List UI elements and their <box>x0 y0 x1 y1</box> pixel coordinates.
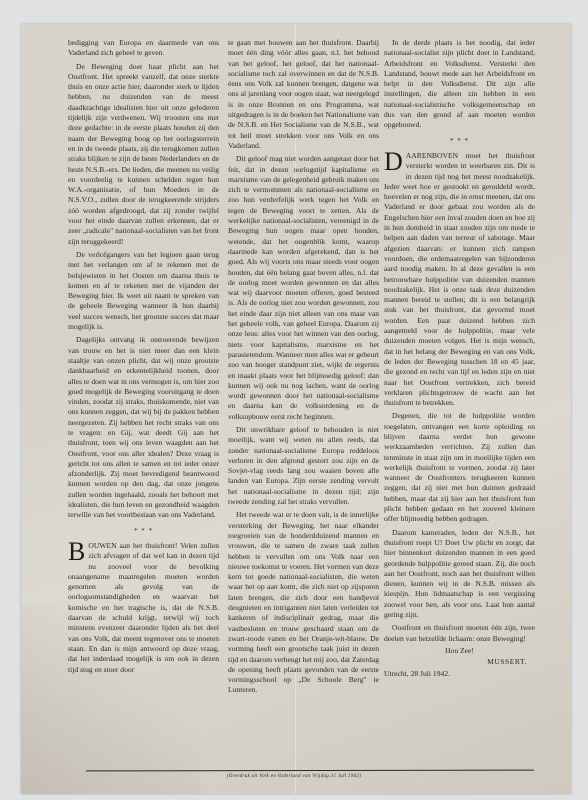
drop-cap: B <box>68 542 85 562</box>
text-column-1: bedigging van Europa en daarmede van ons… <box>68 38 219 675</box>
paragraph: Dit onwrikbare geloof te behouden is nie… <box>228 425 379 507</box>
section-lead: OUWEN aan het thuisfront! <box>88 541 177 550</box>
paragraph: De verlofgangers van het legioen gaan te… <box>68 250 219 332</box>
section-separator: * * * <box>384 136 535 146</box>
section-separator: * * * <box>68 526 219 536</box>
paragraph: Daarom kameraden, leden der N.S.B., het … <box>384 528 535 621</box>
section-body: weerbaren zin. Dit is in dezen tijd nog … <box>384 161 535 407</box>
text-column-2: te gaan met bouwen aan het thuisfront. D… <box>228 38 379 696</box>
paragraph: Degenen, die tot de hulppolitie worden t… <box>384 411 535 524</box>
paragraph: De Beweging doet haar plicht aan het Oos… <box>68 62 219 247</box>
signature: MUSSERT. <box>384 657 535 667</box>
section-paragraph: BOUWEN aan het thuisfront! Velen zullen … <box>68 541 219 675</box>
paragraph: Dit geloof mag niet worden aangetast doo… <box>228 154 379 422</box>
paragraph: Oostfront en thuisfront moeten één zijn,… <box>384 623 535 644</box>
reprint-note: (Overdruk uit Volk en Vaderland van Vrij… <box>0 774 588 779</box>
section-paragraph: DAARENBOVEN moet het thuisfront versterk… <box>384 151 535 408</box>
dateline: Utrecht, 28 Juli 1942. <box>384 669 535 679</box>
text-column-3: In de derde plaats is het noodig, dat ie… <box>384 38 535 679</box>
paragraph: Het tweede wat er te doen valt, is de in… <box>228 510 379 695</box>
paragraph: Dagelijks ontvang ik ontroerende bewijze… <box>68 335 219 520</box>
paragraph: te gaan met bouwen aan het thuisfront. D… <box>228 38 379 151</box>
drop-cap: D <box>384 152 403 172</box>
paragraph: bedigging van Europa en daarmede van ons… <box>68 38 219 59</box>
paragraph: In de derde plaats is het noodig, dat ie… <box>384 38 535 131</box>
section-body: Velen zullen zich afvragen of dat wel ka… <box>68 541 219 674</box>
closing-salute: Hou Zee! <box>384 646 535 656</box>
